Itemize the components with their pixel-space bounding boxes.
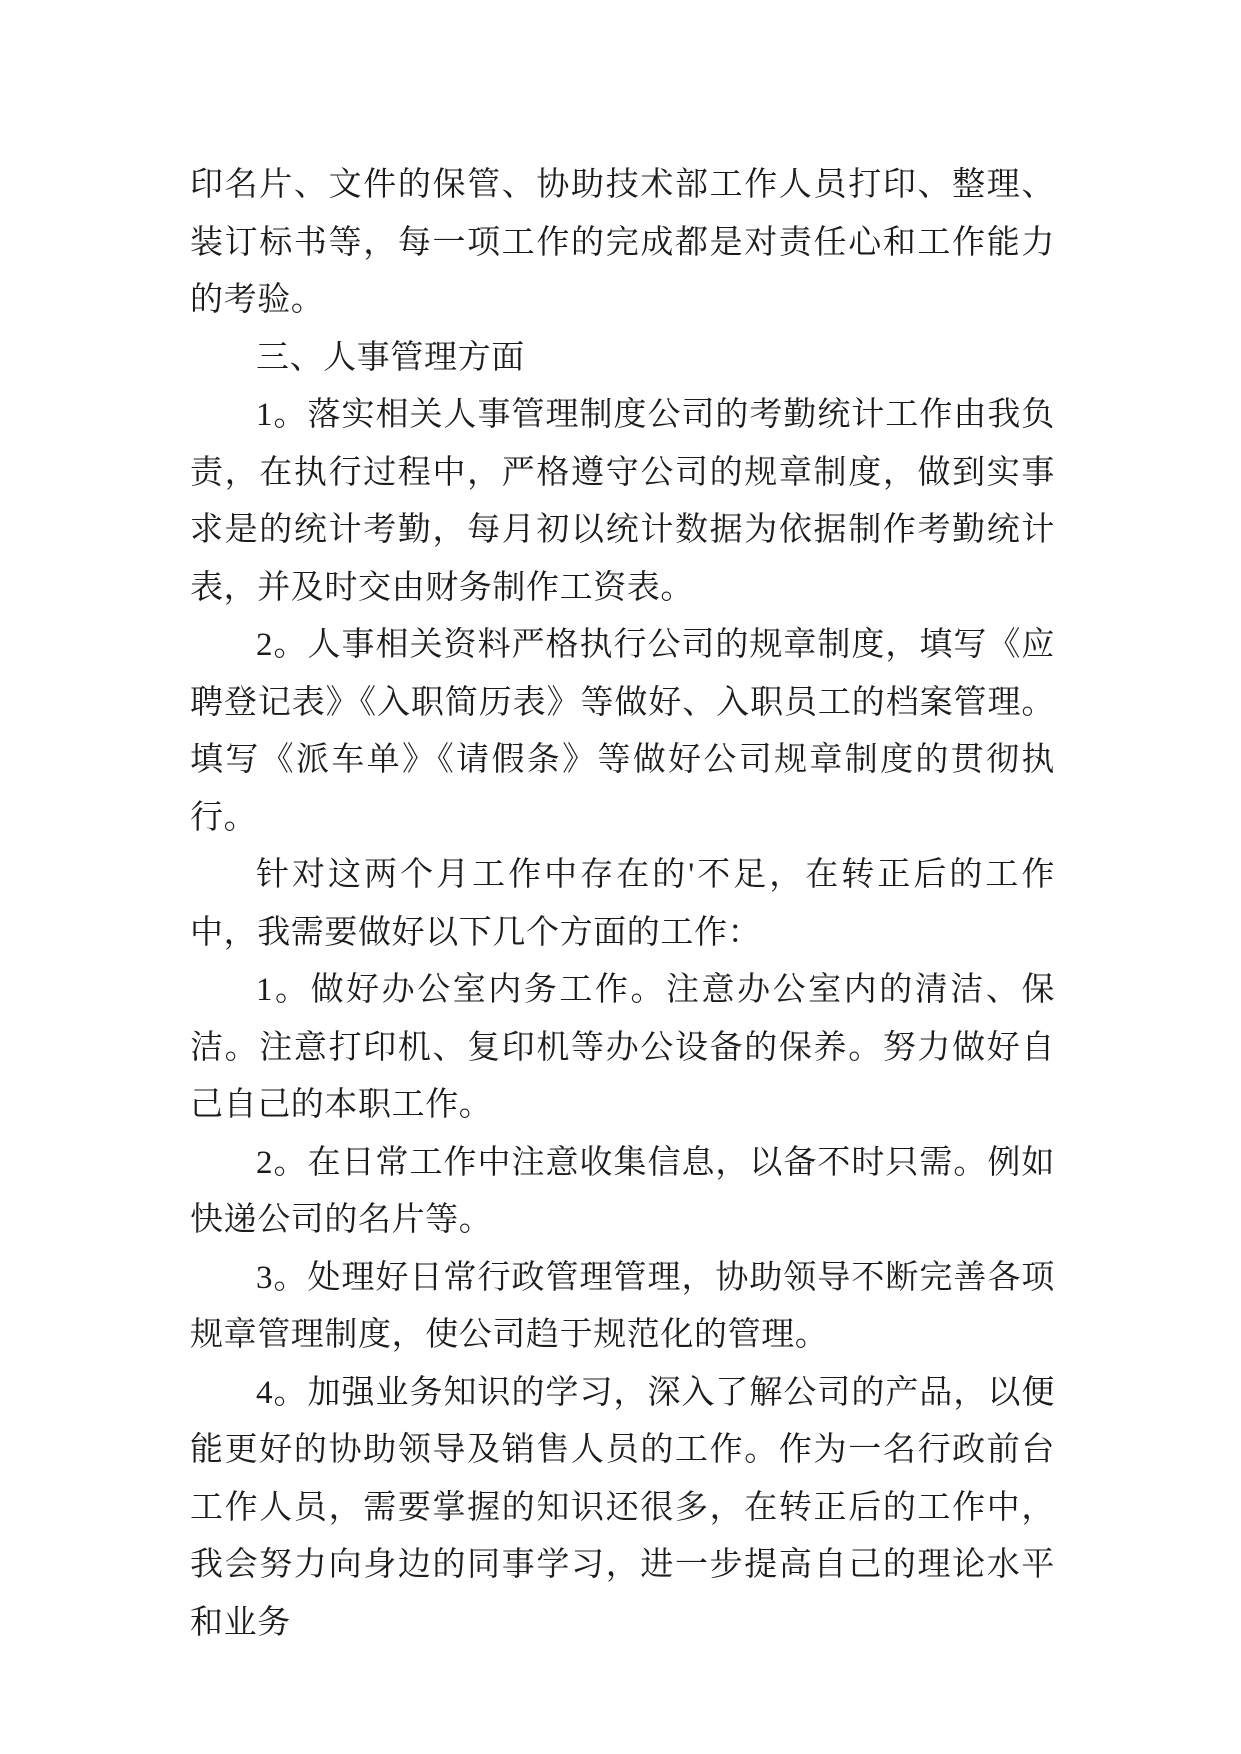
document-body: 印名片、文件的保管、协助技术部工作人员打印、整理、装订标书等，每一项工作的完成都…	[0, 0, 1241, 1652]
paragraph: 2。人事相关资料严格执行公司的规章制度，填写《应聘登记表》《入职简历表》等做好、…	[190, 617, 1055, 847]
document-page: 印名片、文件的保管、协助技术部工作人员打印、整理、装订标书等，每一项工作的完成都…	[0, 0, 1241, 1754]
paragraph: 2。在日常工作中注意收集信息，以备不时只需。例如快递公司的名片等。	[190, 1135, 1055, 1250]
section-heading: 三、人事管理方面	[190, 330, 1055, 388]
paragraph: 4。加强业务知识的学习，深入了解公司的产品，以便能更好的协助领导及销售人员的工作…	[190, 1365, 1055, 1653]
paragraph: 1。落实相关人事管理制度公司的考勤统计工作由我负责，在执行过程中，严格遵守公司的…	[190, 387, 1055, 617]
paragraph: 1。做好办公室内务工作。注意办公室内的清洁、保洁。注意打印机、复印机等办公设备的…	[190, 962, 1055, 1135]
paragraph: 针对这两个月工作中存在的'不足，在转正后的工作中，我需要做好以下几个方面的工作：	[190, 847, 1055, 962]
paragraph: 印名片、文件的保管、协助技术部工作人员打印、整理、装订标书等，每一项工作的完成都…	[190, 157, 1055, 330]
paragraph: 3。处理好日常行政管理管理，协助领导不断完善各项规章管理制度，使公司趋于规范化的…	[190, 1250, 1055, 1365]
